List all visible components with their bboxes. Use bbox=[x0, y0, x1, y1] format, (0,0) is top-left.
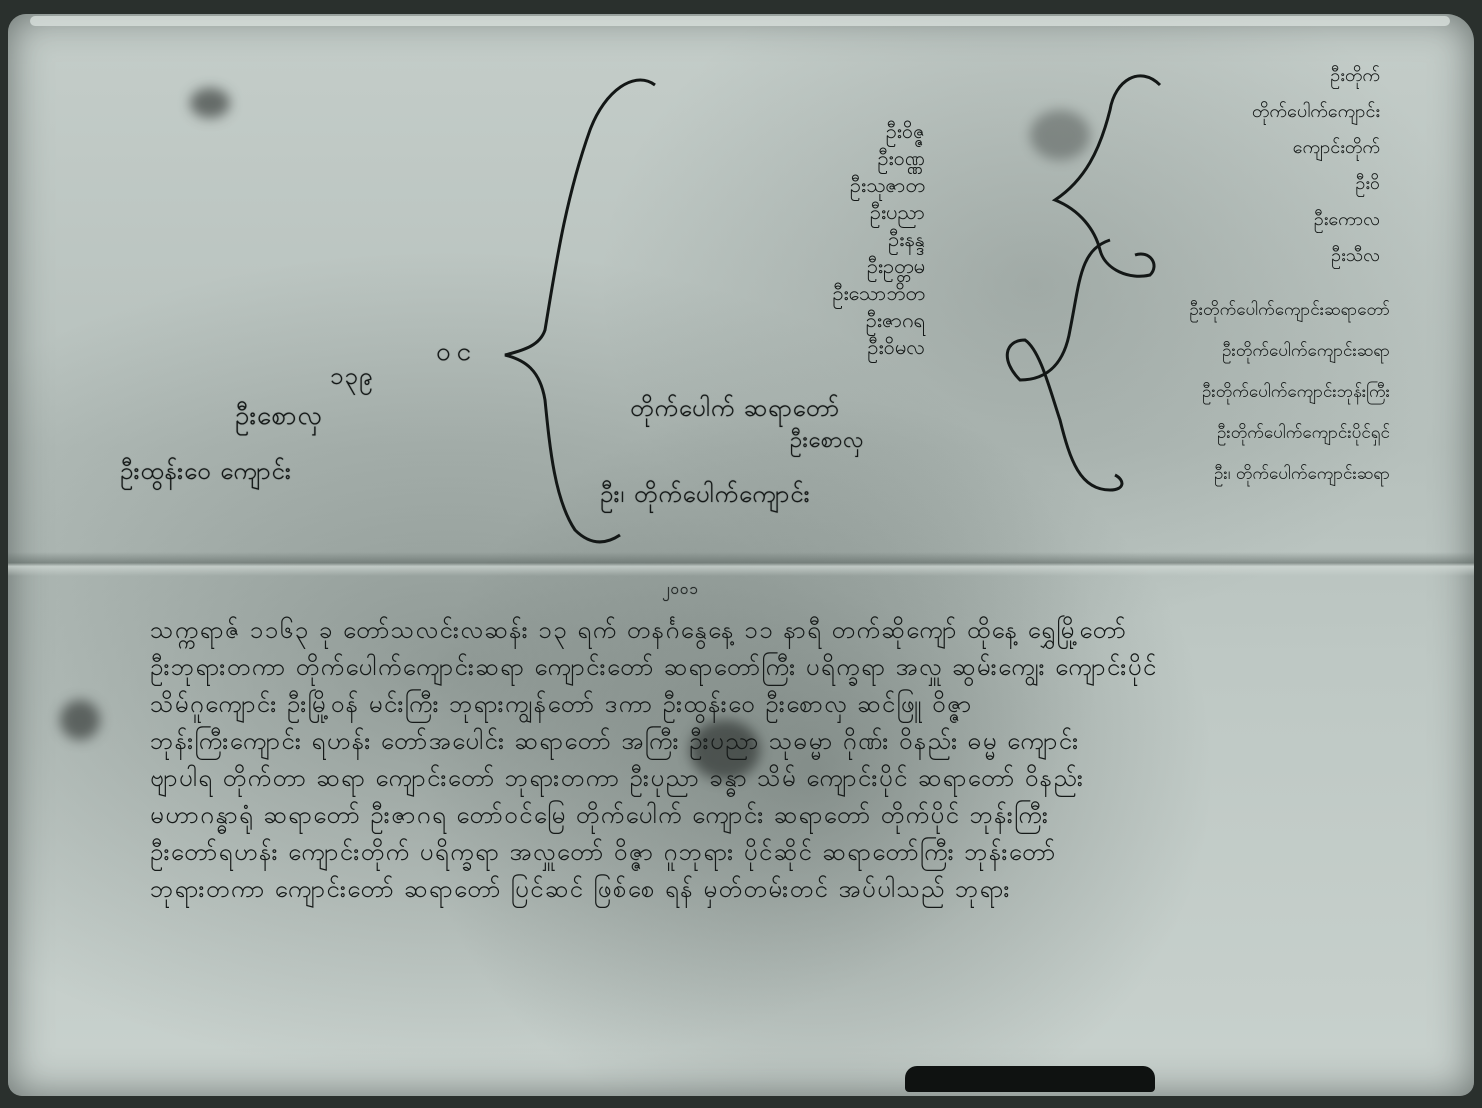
page-fold-crease bbox=[8, 552, 1474, 576]
middle-footer-2: ဦးစောလှ bbox=[790, 425, 865, 458]
right-bottom-line: ဦး၊ တိုက်ပေါက်ကျောင်းဆရာ bbox=[1090, 454, 1390, 495]
lower-body-text: သက္ကရာဇ် ၁၁၆၃ ခု တော်သလင်းလဆန်း ၁၃ ရက် တ… bbox=[150, 612, 1440, 908]
middle-line: ဦးဝိမလ bbox=[790, 334, 925, 361]
middle-line: ဦးဝဏ္ဏ bbox=[790, 145, 925, 172]
body-line: မဟာဂန္ဓာရုံ ဆရာတော် ဦးဇာဂရ တော်ဝင်မြေ တိ… bbox=[150, 797, 1440, 834]
right-top-line: ဦးသီလ bbox=[1170, 238, 1380, 274]
ink-stain bbox=[60, 700, 100, 740]
lower-header-mark: ၂၀၀၁ bbox=[662, 580, 699, 602]
middle-column: ဦးဝိဇ္ဇ ဦးဝဏ္ဏ ဦးသုဇာတ ဦးပညာ ဦးနန္ဒ ဦးဥတ… bbox=[790, 118, 925, 361]
right-top-line: ဦးတိုက် bbox=[1170, 58, 1380, 94]
right-bottom-line: ဦးတိုက်ပေါက်ကျောင်းဘုန်းကြီး bbox=[1090, 372, 1390, 413]
page-top-edge bbox=[30, 16, 1450, 26]
middle-line: ဦးဝိဇ္ဇ bbox=[790, 118, 925, 145]
left-note-line-2: ဦးစောလှ bbox=[235, 398, 323, 437]
body-line: သိမ်ဂူကျောင်း ဦးမြို့ဝန် မင်းကြီး ဘုရားက… bbox=[150, 686, 1440, 723]
middle-line: ဦးသောဘိတ bbox=[790, 280, 925, 307]
ink-stain bbox=[190, 88, 230, 118]
right-top-line: ဦးကောလ bbox=[1170, 202, 1380, 238]
middle-line: ဦးဥတ္တမ bbox=[790, 253, 925, 280]
left-note-line-3: ဦးထွန်းဝေ ကျောင်း bbox=[120, 455, 292, 491]
body-line: သက္ကရာဇ် ၁၁၆၃ ခု တော်သလင်းလဆန်း ၁၃ ရက် တ… bbox=[150, 612, 1440, 649]
right-top-line: ဦးဝိ bbox=[1170, 166, 1380, 202]
right-bottom-line: ဦးတိုက်ပေါက်ကျောင်းဆရာ bbox=[1090, 331, 1390, 372]
body-line: ဦးဘုရားတကာ တိုက်ပေါက်ကျောင်းဆရာ ကျောင်းတ… bbox=[150, 649, 1440, 686]
middle-line: ဦးနန္ဒ bbox=[790, 226, 925, 253]
middle-footer-1: တိုက်ပေါက် ဆရာတော် bbox=[630, 392, 840, 428]
middle-footer-3: ဦး၊ တိုက်ပေါက်ကျောင်း bbox=[600, 478, 811, 514]
right-bottom-line: ဦးတိုက်ပေါက်ကျောင်းပိုင်ရှင် bbox=[1090, 413, 1390, 454]
middle-line: ဦးသုဇာတ bbox=[790, 172, 925, 199]
body-line: ဗျာပါရ တိုက်တာ ဆရာ ကျောင်းတော် ဘုရားတကာ … bbox=[150, 760, 1440, 797]
middle-line: ဦးဇာဂရ bbox=[790, 307, 925, 334]
right-column-bottom: ဦးတိုက်ပေါက်ကျောင်းဆရာတော် ဦးတိုက်ပေါက်က… bbox=[1090, 290, 1390, 495]
right-column-top: ဦးတိုက် တိုက်ပေါက်ကျောင်း ကျောင်းတိုက် ဦ… bbox=[1170, 58, 1380, 274]
body-line: ဘုန်းကြီးကျောင်း ရဟန်း တော်အပေါင်း ဆရာတေ… bbox=[150, 723, 1440, 760]
damage-mark bbox=[905, 1066, 1155, 1092]
left-note-numeral: ၁၃၉ bbox=[330, 360, 374, 396]
body-line: ဘုရားတကာ ကျောင်းတော် ဆရာတော် ပြင်ဆင် ဖြစ… bbox=[150, 871, 1440, 908]
right-bottom-line: ဦးတိုက်ပေါက်ကျောင်းဆရာတော် bbox=[1090, 290, 1390, 331]
bracket-label: ၀င bbox=[436, 334, 477, 373]
right-top-line: တိုက်ပေါက်ကျောင်း bbox=[1170, 94, 1380, 130]
body-line: ဦးတော်ရဟန်း ကျောင်းတိုက် ပရိက္ခရာ အလှူတေ… bbox=[150, 834, 1440, 871]
right-top-line: ကျောင်းတိုက် bbox=[1170, 130, 1380, 166]
middle-line: ဦးပညာ bbox=[790, 199, 925, 226]
